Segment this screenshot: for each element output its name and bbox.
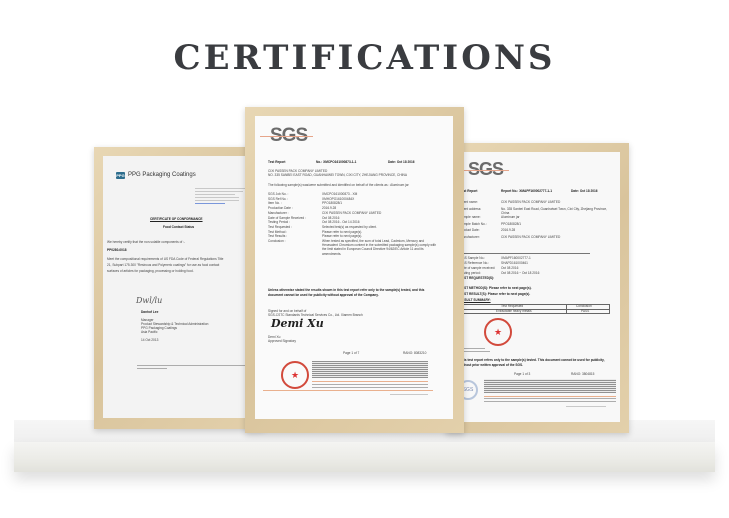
right-ref-code: RANO: 3804815 [571, 372, 594, 377]
right-table-cell-conclusion: PASS [581, 309, 589, 314]
ppg-signature: Dwl/lu [136, 298, 162, 303]
center-ref-code: RANO: 8083210 [403, 351, 426, 356]
sgs-logo: SGS [468, 167, 503, 172]
ppg-logo-icon: PPG [116, 172, 125, 179]
field-value: Oct 08 2016 - Oct 14 2016 [322, 220, 437, 224]
center-signatory-title: Approved Signatory [268, 339, 296, 344]
center-company-address: NO. 335 SANBEI EAST ROAD, GUANHAIWEI TOW… [268, 173, 407, 178]
right-result-summary: RESULT SUMMARY: [460, 298, 491, 303]
right-disclaimer: This test report refers only to the samp… [460, 358, 610, 368]
right-test-methods: TEST METHOD(S): Please refer to next pag… [460, 286, 532, 291]
ppg-logo: PPG PPG Packaging Coatings [116, 172, 196, 179]
field-value: 2016.9.28 [501, 228, 611, 232]
ppg-certificate-document: PPG PPG Packaging Coatings CERTIFICATE O… [103, 156, 255, 418]
center-signature: Demi Xu [271, 321, 324, 326]
ppg-signatory-name: Danhof Lee [141, 310, 158, 315]
field-value: CIXI PASSEN PACK COMPANY LIMITED [501, 235, 611, 239]
field-value: CIXI PASSEN PACK COMPANY LIMITED [501, 200, 611, 204]
center-disclaimer: Unless otherwise stated the results show… [268, 288, 438, 297]
ppg-issuer-name: PPG Packaging Coatings [128, 173, 196, 178]
ppg-intro-text: We hereby certify that the non-volatile … [107, 240, 185, 245]
field-value: Please refer to next page(s). [322, 230, 437, 234]
field-value: Selected test(s) as requested by client. [322, 225, 437, 229]
company-seal-stamp-icon: ★ [484, 318, 512, 346]
right-table-cell-test: Extractable heavy metals [496, 309, 532, 314]
sgs-summary-certificate-frame: SGS Test Report Report No.: XMAPF1600027… [446, 143, 629, 433]
field-value: PPO180828/1 [501, 222, 611, 226]
center-report-number: No.: XMCPO161000873-1-1 [316, 160, 356, 165]
field-value: Oct 08 2016 [501, 266, 611, 270]
field-value: XMHOPO161000484X [322, 197, 437, 201]
field-value: Oct 08 2016 ~ Oct 18 2016 [501, 271, 611, 275]
sgs-logo: SGS [270, 133, 307, 138]
sgs-summary-certificate-document: SGS Test Report Report No.: XMAPF1600027… [456, 152, 620, 422]
ppg-statement-2: 21, Subpart 175.300 "Resinous and Polyme… [107, 263, 219, 268]
ppg-certificate-frame: PPG PPG Packaging Coatings CERTIFICATE O… [94, 147, 264, 429]
right-report-number: Report No.: XMAPF160002777-1-1 [501, 189, 552, 194]
field-value: 2016.9.28 [322, 206, 437, 210]
right-fine-print [484, 379, 616, 393]
sgs-test-report-document: SGS Test Report No.: XMCPO161000873-1-1 … [255, 116, 453, 419]
right-report-date: Date: Oct 18 2016 [571, 189, 598, 194]
center-sample-intro: The following sample(s) was/were submitt… [268, 183, 409, 188]
field-value: XMCPO161000873 - XM [322, 192, 437, 196]
field-value: XMAPF160002777-1 [501, 256, 611, 260]
field-value: Aluminum jar [501, 215, 611, 219]
ppg-product-code: PP0280-0018 [107, 248, 127, 253]
field-value: No. 335 Sanbei East Road, Guanhaiwei Tow… [501, 207, 611, 215]
ppg-certificate-subheading: Food Contact Status [163, 225, 194, 230]
right-page-info: Page 1 of 3 [514, 372, 530, 377]
center-page-info: Page 1 of 7 [343, 351, 359, 356]
ppg-certificate-heading: CERTIFICATE OF CONFORMANCE [150, 217, 203, 222]
field-value: When tested as specified, the sum of tot… [322, 239, 437, 256]
sgs-test-report-frame: SGS Test Report No.: XMCPO161000873-1-1 … [245, 107, 464, 433]
company-seal-stamp-icon: ★ [281, 361, 309, 389]
center-fine-print [312, 361, 428, 378]
field-value: Please refer to next page(s). [322, 234, 437, 238]
display-shelf-front [14, 442, 715, 472]
page-title: CERTIFICATIONS [0, 38, 729, 78]
ppg-statement-1: Meet the compositional requirements of U… [107, 257, 223, 262]
field-value: PPO180828/1 [322, 201, 437, 205]
center-report-date: Date: Oct 18 2016 [388, 160, 415, 165]
field-value: CIXI PASSEN PACK COMPANY LIMITED [322, 211, 437, 215]
ppg-signatory-title-4: Asia Pacific [141, 330, 157, 335]
right-test-results: TEST RESULT(S): Please refer to next pag… [460, 292, 530, 297]
ppg-certificate-date: 14 Oct 2013 [141, 338, 158, 343]
field-value: Oct 08 2016 [322, 216, 437, 220]
ppg-statement-3: surfaces of articles for packaging, proc… [107, 269, 194, 274]
right-test-requested: TEST REQUESTED(S): [460, 276, 494, 281]
right-result-table: Test Requested Conclusion Extractable he… [460, 304, 610, 314]
field-value: SHAPD161000461 [501, 261, 611, 265]
field-label: Conclusion : [268, 239, 286, 244]
center-report-label: Test Report [268, 160, 285, 165]
